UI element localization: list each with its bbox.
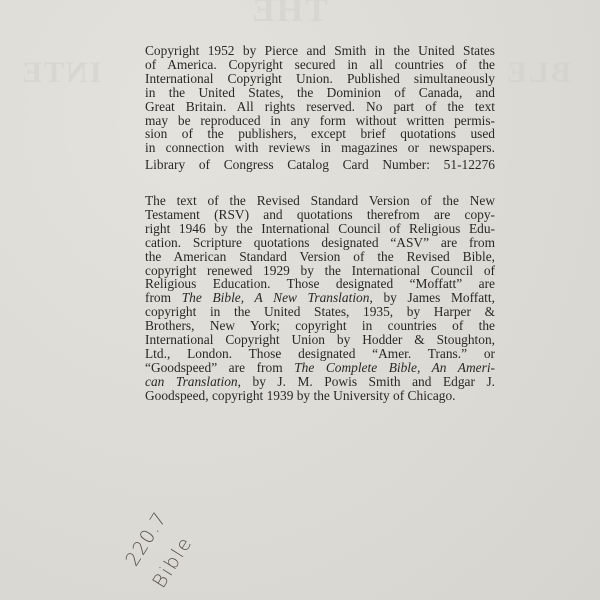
rsv-line: Testament (RSV) and quotations therefrom… [145,208,495,222]
copyright-line: in the United States, the Dominion of Ca… [145,86,495,100]
copyright-line: International Copyright Union. Published… [145,72,495,86]
copyright-line: Copyright 1952 by Pierce and Smith in th… [145,44,495,58]
rsv-notice-paragraph: The text of the Revised Standard Version… [145,194,495,403]
book-page: THE INTE BLE Copyright 1952 by Pierce an… [0,0,600,600]
rsv-line: Ltd., London. Those designated “Amer. Tr… [145,347,495,361]
copyright-paragraph: Copyright 1952 by Pierce and Smith in th… [145,44,495,155]
rsv-line: Religious Education. Those designated “M… [145,277,495,291]
copyright-line: sion of the publishers, except brief quo… [145,127,495,141]
rsv-line: Goodspeed, copyright 1939 by the Univers… [145,389,495,403]
rsv-line: copyright in the United States, 1935, by… [145,305,495,319]
book-title-moffatt: The Bible, A New Translation [182,290,370,305]
copyright-line: in connection with reviews in magazines … [145,141,495,155]
catalog-label: Library of Congress Catalog Card Number: [145,157,430,172]
rsv-line: from The Bible, A New Translation, by Ja… [145,291,495,305]
catalog-number: 51-12276 [444,157,495,172]
bleed-through-title-right: BLE [505,56,571,90]
rsv-line: right 1946 by the International Council … [145,222,495,236]
book-title-goodspeed-cont: can Translation [145,374,238,389]
rsv-line: the American Standard Version of the Rev… [145,250,495,264]
rsv-line: copyright renewed 1929 by the Internatio… [145,264,495,278]
rsv-line: Brothers, New York; copyright in countri… [145,319,495,333]
rsv-line: can Translation, by J. M. Powis Smith an… [145,375,495,389]
copyright-line: of America. Copyright secured in all cou… [145,58,495,72]
rsv-line: The text of the Revised Standard Version… [145,194,495,208]
catalog-card-line: Library of Congress Catalog Card Number:… [145,158,495,172]
bleed-through-title-top: THE [250,0,328,30]
bleed-through-title-left: INTE [20,56,101,90]
copyright-line: Great Britain. All rights reserved. No p… [145,100,495,114]
book-title-goodspeed: The Complete Bible, An Ameri- [294,360,495,375]
rsv-line: International Copyright Union by Hodder … [145,333,495,347]
copyright-line: may be reproduced in any form without wr… [145,114,495,128]
rsv-line: “Goodspeed” are from The Complete Bible,… [145,361,495,375]
rsv-line: cation. Scripture quotations designated … [145,236,495,250]
